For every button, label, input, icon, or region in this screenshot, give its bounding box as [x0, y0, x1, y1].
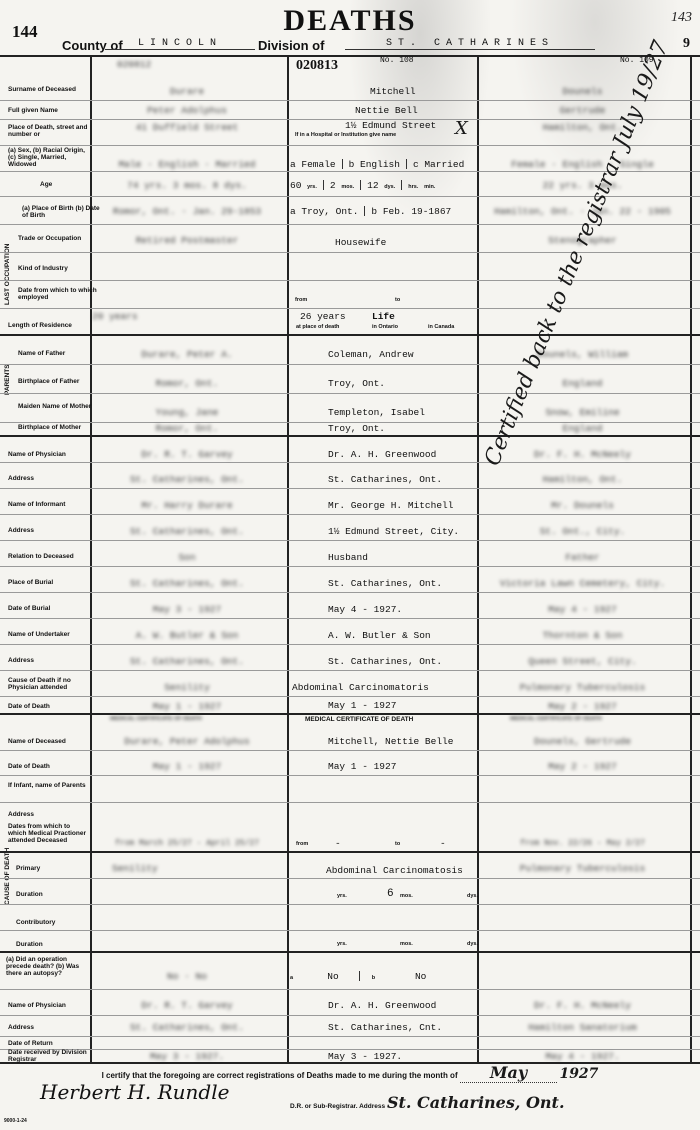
table-row: Birthplace of Mother Romor, Ont. Troy, O…	[0, 423, 700, 437]
left-operation: No	[167, 971, 178, 982]
table-row: Date received by Division Registrar May …	[0, 1050, 700, 1064]
center-residence-ontario: Life	[372, 311, 395, 322]
center-entry-number: No. 108	[380, 56, 414, 65]
registrar-signature: Herbert H. Rundle	[40, 1080, 229, 1104]
field-label: Maiden Name of Mother	[18, 403, 98, 410]
left-relation: Son	[92, 552, 282, 563]
field-label: (a) Sex, (b) Racial Origin, (c) Single, …	[8, 147, 88, 168]
right-given-name: Gertrude	[480, 105, 685, 116]
right-undertaker-address: Queen Street, City.	[480, 656, 685, 667]
left-burial-date: May 3 - 1927	[92, 604, 282, 615]
left-mother-birthplace: Romor, Ont.	[92, 423, 282, 434]
center-age-years: 60	[290, 180, 301, 191]
table-row: Place of Death, street and number or 41 …	[0, 120, 700, 146]
left-cause: Senility	[92, 682, 282, 693]
right-informant-address: St. Ont., City.	[480, 526, 685, 537]
table-row: Date of Burial May 3 - 1927 May 4 - 1927…	[0, 593, 700, 619]
left-physician-address: St. Catharines, Ont.	[92, 474, 282, 485]
left-given-name: Peter Adolphus	[92, 105, 282, 116]
field-label: Full given Name	[8, 107, 88, 114]
left-informant-address: St. Catharines, Ont.	[92, 526, 282, 537]
unit-label: at place of death	[296, 324, 339, 330]
unit-label: mos.	[400, 893, 413, 899]
division-value: ST. CATHARINES	[345, 38, 595, 50]
field-label: Name of Informant	[8, 501, 88, 508]
right-death-date: May 2 - 1927	[480, 701, 685, 712]
table-row: Address St. Catharines, Ont. St. Cathari…	[0, 1016, 700, 1037]
field-label: Date of Death	[8, 703, 88, 710]
field-label: Cause of Death if no Physician attended	[8, 677, 88, 691]
table-row: Address Dates from which to which Medica…	[0, 803, 700, 853]
right-burial-date: May 4 - 1927	[480, 604, 685, 615]
field-label: Place of Death, street and number or	[8, 124, 88, 138]
unit-label: dys.	[384, 184, 395, 190]
field-label: Address	[8, 1024, 88, 1031]
center-attended-from: -	[335, 838, 341, 849]
field-label: Date from which to which employed	[18, 287, 98, 301]
table-row: (a) Did an operation precede death? (b) …	[0, 953, 700, 990]
registrar-line: D.R. or Sub-Registrar. Address St. Catha…	[290, 1093, 565, 1112]
unit-label: mos.	[400, 941, 413, 947]
field-label: Duration	[16, 941, 96, 948]
field-label: Date of Burial	[8, 605, 88, 612]
field-label: Address	[8, 475, 88, 482]
field-label: Name of Undertaker	[8, 631, 88, 638]
unit-label: in Ontario	[372, 324, 398, 330]
table-row: Name of Physician Dr. R. T. Garvey Dr. A…	[0, 437, 700, 463]
from-label: from	[295, 297, 307, 303]
left-mother: Young, Jane	[92, 407, 282, 418]
table-row: Kind of Industry	[0, 253, 700, 281]
left-marital: Married	[216, 159, 256, 170]
right-med-physician-address: Hamilton Sanatorium	[480, 1022, 685, 1033]
center-race: English	[360, 159, 400, 170]
table-row: Date of Death May 1 - 1927 May 1 - 1927 …	[0, 751, 700, 776]
left-age: 74 yrs. 3 mos. 8 dys.	[92, 180, 282, 191]
left-death-date: May 1 - 1927	[92, 701, 282, 712]
death-register-page: 144 DEATHS 143 County of LINCOLN Divisio…	[0, 0, 700, 1130]
center-primary-cause: Abdominal Carcinomatosis	[290, 865, 511, 876]
from-label: from	[296, 841, 308, 847]
left-med-physician: Dr. R. T. Garvey	[92, 1000, 282, 1011]
field-label: Surname of Deceased	[8, 86, 88, 93]
table-row: Primary Senility Abdominal Carcinomatosi…	[0, 853, 700, 879]
right-informant: Mr. Dounels	[480, 500, 685, 511]
unit-label: in Canada	[428, 324, 454, 330]
field-label: Birthplace of Mother	[18, 424, 98, 431]
right-med-physician: Dr. F. H. McNeely	[480, 1000, 685, 1011]
center-residence-place: 26 years	[300, 311, 346, 322]
left-med-name: Durare, Peter Adolphus	[92, 736, 282, 747]
field-label: Birthplace of Father	[18, 378, 98, 385]
right-birthplace: Hamilton, Ont.	[494, 206, 574, 217]
left-attended-dates: from March 25/27 - April 25/27	[92, 839, 282, 848]
left-reg-number: 020812	[92, 59, 307, 70]
left-received-date: May 3 - 1927.	[92, 1051, 282, 1062]
table-row: Full given Name Peter Adolphus Nettie Be…	[0, 101, 700, 120]
corner-annotation: 143	[671, 10, 692, 26]
field-label: Name of Physician	[8, 451, 88, 458]
right-burial-place: Victoria Lawn Cemetery, City.	[480, 578, 685, 589]
table-row: Duration yrs. mos. dys.	[0, 931, 700, 953]
table-row: 020812 020813 No. 108 X No. 109	[0, 56, 700, 72]
center-cause: Abdominal Carcinomatoris	[290, 682, 477, 693]
right-undertaker: Thornton & Son	[480, 630, 685, 641]
table-row: Maiden Name of Mother Young, Jane Temple…	[0, 394, 700, 423]
left-place-of-death: 41 Duffield Street	[92, 122, 282, 133]
right-father: Dounels, William	[480, 349, 685, 360]
right-primary-cause: Pulmonary Tuberculosis	[480, 863, 685, 874]
table-row: MEDICAL CERTIFICATE OF DEATH MEDICAL CER…	[0, 715, 700, 725]
left-autopsy: No	[196, 971, 207, 982]
left-race: English	[158, 159, 198, 170]
page-title: DEATHS	[0, 4, 700, 38]
to-label: to	[395, 297, 400, 303]
center-birthdate: Feb. 19-1867	[383, 206, 451, 217]
center-duration-months: 6	[387, 888, 394, 900]
left-med-cert-heading: MEDICAL CERTIFICATE OF DEATH	[110, 716, 202, 722]
field-label: (a) Did an operation precede death? (b) …	[6, 956, 86, 977]
right-physician: Dr. F. H. McNeely	[480, 449, 685, 460]
certify-text: I certify that the foregoing are correct…	[102, 1071, 458, 1080]
county-value: LINCOLN	[105, 38, 255, 50]
center-med-cert-heading: MEDICAL CERTIFICATE OF DEATH	[305, 716, 413, 723]
center-birthplace: Troy, Ont.	[301, 206, 358, 217]
unit-label: min.	[424, 184, 435, 190]
field-label: Duration	[16, 891, 96, 898]
right-sex: Female	[511, 159, 545, 170]
field-label: Address	[8, 811, 88, 818]
center-marital: Married	[424, 159, 464, 170]
table-row: Cause of Death if no Physician attended …	[0, 671, 700, 697]
left-med-date: May 1 - 1927	[92, 761, 282, 772]
right-physician-address: Hamilton, Ont.	[480, 474, 685, 485]
unit-label: dys.	[467, 893, 478, 899]
to-label: to	[395, 841, 400, 847]
right-age: 22 yrs. 3 mos.	[480, 180, 685, 191]
field-label: Place of Burial	[8, 579, 88, 586]
field-label: Date of Return	[8, 1040, 88, 1047]
right-cause: Pulmonary Tuberculosis	[480, 682, 685, 693]
unit-label: hrs.	[408, 184, 418, 190]
center-age-months: 2	[330, 180, 336, 191]
field-label: (a) Place of Birth (b) Date of Birth	[22, 205, 102, 219]
table-row: Contributory	[0, 905, 700, 931]
field-label: Name of Physician	[8, 1002, 88, 1009]
field-label: Primary	[16, 865, 96, 872]
right-med-name: Dounels, Gertrude	[480, 736, 685, 747]
center-sex: Female	[301, 159, 335, 170]
field-label: Relation to Deceased	[8, 553, 88, 560]
unit-label: mos.	[341, 184, 354, 190]
left-primary-cause: Senility	[92, 863, 302, 874]
certify-year: 1927	[559, 1066, 598, 1082]
left-birthplace: Romor, Ont.	[113, 206, 176, 217]
right-received-date: May 4 - 1927.	[480, 1051, 685, 1062]
form-number: 9000-1-24	[4, 1118, 27, 1124]
field-label: Contributory	[16, 919, 96, 926]
table-row: Duration yrs. 6 mos. dys.	[0, 879, 700, 905]
hospital-note: If in a Hospital or Institution give nam…	[295, 132, 396, 138]
registrar-label: D.R. or Sub-Registrar. Address	[290, 1103, 385, 1110]
field-label: Trade or Occupation	[18, 235, 98, 242]
right-med-date: May 2 - 1927	[480, 761, 685, 772]
center-autopsy: No	[415, 971, 426, 982]
left-burial-place: St. Catharines, Ont.	[92, 578, 282, 589]
left-surname: Durare	[92, 86, 282, 97]
left-undertaker-address: St. Catharines, Ont.	[92, 656, 282, 667]
field-label: Date of Death	[8, 763, 88, 770]
table-row: Birthplace of Father Romor, Ont. Troy, O…	[0, 365, 700, 394]
right-med-cert-heading: MEDICAL CERTIFICATE OF DEATH	[510, 716, 602, 722]
unit-label: yrs.	[307, 184, 317, 190]
left-physician: Dr. R. T. Garvey	[92, 449, 282, 460]
center-age-days: 12	[367, 180, 378, 191]
registrar-address: St. Catharines, Ont.	[387, 1093, 565, 1112]
field-label: Name of Father	[18, 350, 98, 357]
left-sex: Male	[119, 159, 142, 170]
left-informant: Mr. Harry Durare	[92, 500, 282, 511]
table-row: Address St. Catharines, Ont. St. Cathari…	[0, 463, 700, 489]
center-operation: No	[327, 971, 338, 982]
table-row: Surname of Deceased Durare Mitchell Doun…	[0, 72, 700, 101]
table-row: Date from which to which employed from t…	[0, 281, 700, 309]
table-row: Place of Burial St. Catharines, Ont. St.…	[0, 567, 700, 593]
table-row: Address St. Catharines, Ont. St. Cathari…	[0, 645, 700, 671]
table-row: Date of Return	[0, 1037, 700, 1050]
left-residence: 20 years	[92, 311, 282, 322]
right-place-of-death: Hamilton, Ont.	[480, 122, 685, 133]
table-row: Relation to Deceased Son Husband Father	[0, 541, 700, 567]
table-row: Name of Undertaker A. W. Butler & Son A.…	[0, 619, 700, 645]
field-label: Date received by Division Registrar	[8, 1049, 88, 1063]
unit-label: dys.	[467, 941, 478, 947]
left-father-birthplace: Romor, Ont.	[92, 378, 282, 389]
left-occupation: Retired Postmaster	[92, 235, 282, 246]
division-label: Division of	[258, 38, 324, 53]
table-row: Length of Residence 20 years 26 years at…	[0, 309, 700, 336]
field-label: Address	[8, 657, 88, 664]
field-label: Length of Residence	[8, 322, 88, 329]
unit-label: yrs.	[337, 941, 347, 947]
right-attended-dates: from Nov. 22/26 - May 2/27	[480, 839, 685, 848]
unit-label: yrs.	[337, 893, 347, 899]
table-row: Name of Father Durare, Peter A. Coleman,…	[0, 336, 700, 365]
field-label: If Infant, name of Parents	[8, 782, 88, 789]
left-undertaker: A. W. Butler & Son	[92, 630, 282, 641]
table-row: Name of Deceased Durare, Peter Adolphus …	[0, 726, 700, 751]
left-birthdate: Jan. 29-1853	[193, 206, 261, 217]
right-relation: Father	[480, 552, 685, 563]
table-row: If Infant, name of Parents	[0, 776, 700, 803]
table-row: Name of Physician Dr. R. T. Garvey Dr. A…	[0, 990, 700, 1016]
field-label: Dates from which to which Medical Practi…	[8, 823, 88, 844]
table-row: Address St. Catharines, Ont. 1½ Edmund S…	[0, 515, 700, 541]
certify-month: May	[460, 1063, 557, 1083]
corner-mark: 9	[683, 36, 690, 52]
field-label: Kind of Industry	[18, 265, 98, 272]
field-label: Address	[8, 527, 88, 534]
left-father: Durare, Peter A.	[92, 349, 282, 360]
table-row: (a) Sex, (b) Racial Origin, (c) Single, …	[0, 146, 700, 172]
table-row: Name of Informant Mr. Harry Durare Mr. G…	[0, 489, 700, 515]
field-label: Name of Deceased	[8, 738, 88, 745]
center-attended-to: -	[440, 838, 446, 849]
left-med-physician-address: St. Catharines, Ont.	[92, 1022, 282, 1033]
table-row: Date of Death May 1 - 1927 May 1 - 1927 …	[0, 697, 700, 715]
